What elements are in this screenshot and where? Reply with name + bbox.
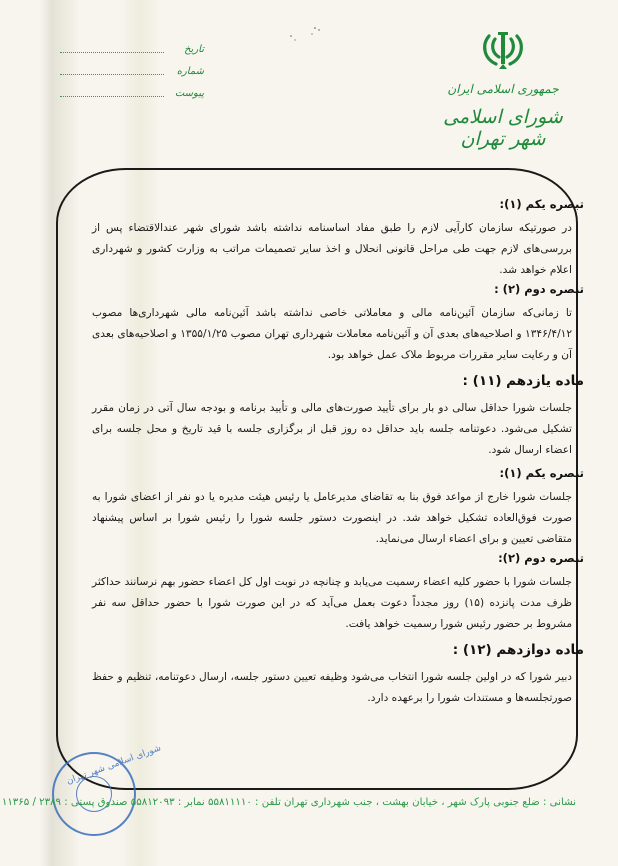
attachment-value: [60, 95, 164, 97]
number-label: شماره: [164, 66, 204, 77]
number-field: شماره: [54, 60, 204, 82]
section-heading: تبصره یکم (۱):: [92, 196, 584, 212]
article-12: ماده دوازدهم (۱۲) : دبیر شورا که در اولی…: [92, 641, 584, 709]
section-note-4: تبصره دوم (۲): جلسات شورا با حضور کلیه ا…: [92, 550, 584, 635]
iran-emblem-icon: [480, 30, 526, 70]
document-body: تبصره یکم (۱): در صورتیکه سازمان کارآیی …: [92, 196, 584, 713]
section-text: جلسات شورا با حضور کلیه اعضاء رسمیت می‌ی…: [92, 572, 576, 635]
date-value: [60, 51, 164, 53]
article-text: دبیر شورا که در اولین جلسه شورا انتخاب م…: [92, 667, 576, 709]
number-value: [60, 73, 164, 75]
footer-address: نشانی : ضلع جنوبی پارک شهر ، خیابان بهشت…: [44, 797, 576, 808]
article-heading: ماده یازدهم (۱۱) :: [92, 372, 584, 390]
section-heading: تبصره دوم (۲):: [92, 550, 584, 566]
section-note-3: تبصره یکم (۱): جلسات شورا خارج از مواعد …: [92, 465, 584, 550]
date-field: تاریخ: [54, 38, 204, 60]
section-note-1: تبصره یکم (۱): در صورتیکه سازمان کارآیی …: [92, 196, 584, 281]
article-heading: ماده دوازدهم (۱۲) :: [92, 641, 584, 659]
article-11: ماده یازدهم (۱۱) : جلسات شورا حداقل سالی…: [92, 372, 584, 461]
article-text: جلسات شورا حداقل سالی دو بار برای تأیید …: [92, 398, 576, 461]
attachment-label: پیوست: [164, 88, 204, 99]
section-heading: تبصره دوم (۲) :: [92, 281, 584, 297]
date-label: تاریخ: [164, 44, 204, 55]
section-text: تا زمانی‌که سازمان آئین‌نامه مالی و معام…: [92, 303, 576, 366]
section-text: جلسات شورا خارج از مواعد فوق بنا به تقاض…: [92, 487, 576, 550]
section-text: در صورتیکه سازمان کارآیی لازم را طبق مفا…: [92, 218, 576, 281]
letter-meta-fields: تاریخ شماره پیوست: [54, 38, 204, 104]
letterhead: جمهوری اسلامی ایران شورای اسلامی شهر تهر…: [428, 30, 578, 150]
council-name: شورای اسلامی شهر تهران: [428, 106, 578, 150]
official-stamp: شورای اسلامی شهر تهران: [52, 752, 136, 836]
section-note-2: تبصره دوم (۲) : تا زمانی‌که سازمان آئین‌…: [92, 281, 584, 366]
attachment-field: پیوست: [54, 82, 204, 104]
section-heading: تبصره یکم (۱):: [92, 465, 584, 481]
country-name: جمهوری اسلامی ایران: [428, 82, 578, 96]
scan-specks: [285, 22, 335, 52]
